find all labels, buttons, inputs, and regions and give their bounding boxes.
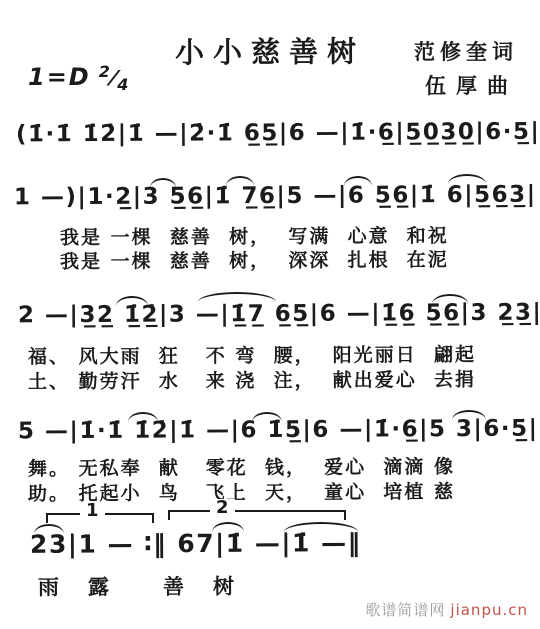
- notation-line-1: (1̇·1̇ 1̇2̇|1̇ —|2̇·1̇ 6̲5̲|6 —|1̇·6̲|5̲…: [16, 119, 540, 148]
- first-ending-number: 1: [80, 502, 105, 520]
- site-name: 歌谱简谱网: [365, 601, 445, 619]
- slur-arc: [252, 412, 282, 422]
- lyricist-credit: 范修奎词: [414, 36, 518, 66]
- site-url-link[interactable]: jianpu.cn: [450, 601, 528, 619]
- slur-arc: [198, 292, 276, 302]
- time-signature-bottom: 4: [117, 75, 130, 94]
- slur-arc: [344, 176, 372, 186]
- footer-watermark: 歌谱简谱网jianpu.cn: [365, 599, 528, 620]
- key-signature-value: 1=D: [28, 63, 91, 91]
- lyrics-verse2-line2: 土、 勤劳汗 水 来 浇 注， 献出爱心 去捐: [28, 365, 476, 394]
- second-ending-bracket: 2: [168, 510, 346, 520]
- key-signature: 1=D2⁄4: [28, 62, 130, 94]
- slur-arc: [128, 412, 158, 422]
- slur-arc: [448, 174, 486, 184]
- slur-arc: [212, 522, 244, 532]
- notation-line-5: 23|1 — ∶‖ 67|1̇ —|1̇ —‖: [30, 528, 362, 559]
- time-signature-top: 2: [99, 62, 112, 81]
- tie-arc: [284, 522, 358, 532]
- slur-arc: [432, 294, 468, 304]
- slur-arc: [150, 178, 176, 188]
- slur-arc: [452, 410, 486, 420]
- slur-arc: [116, 296, 148, 306]
- time-signature: 2⁄4: [99, 66, 131, 90]
- slur-arc: [226, 176, 254, 186]
- slur-arc: [34, 524, 64, 534]
- lyrics-verse2-line1: 我是 一棵 慈善 树， 深深 扎根 在泥: [60, 245, 449, 274]
- composer-credit: 伍厚曲: [425, 70, 518, 100]
- first-ending-bracket: 1: [46, 513, 154, 523]
- notation-line-2: 1 —)|1·2̲|3 5̲6̲|1̇ 7̲6̲|5 —|6 5̲6̲|1̇ 6…: [14, 182, 537, 211]
- lyrics-ending-line: 雨 露 善 树: [38, 570, 238, 601]
- music-sheet: 小小慈善树 1=D2⁄4 范修奎词 伍厚曲 (1̇·1̇ 1̇2̇|1̇ —|2…: [0, 0, 540, 629]
- second-ending-number: 2: [210, 499, 235, 517]
